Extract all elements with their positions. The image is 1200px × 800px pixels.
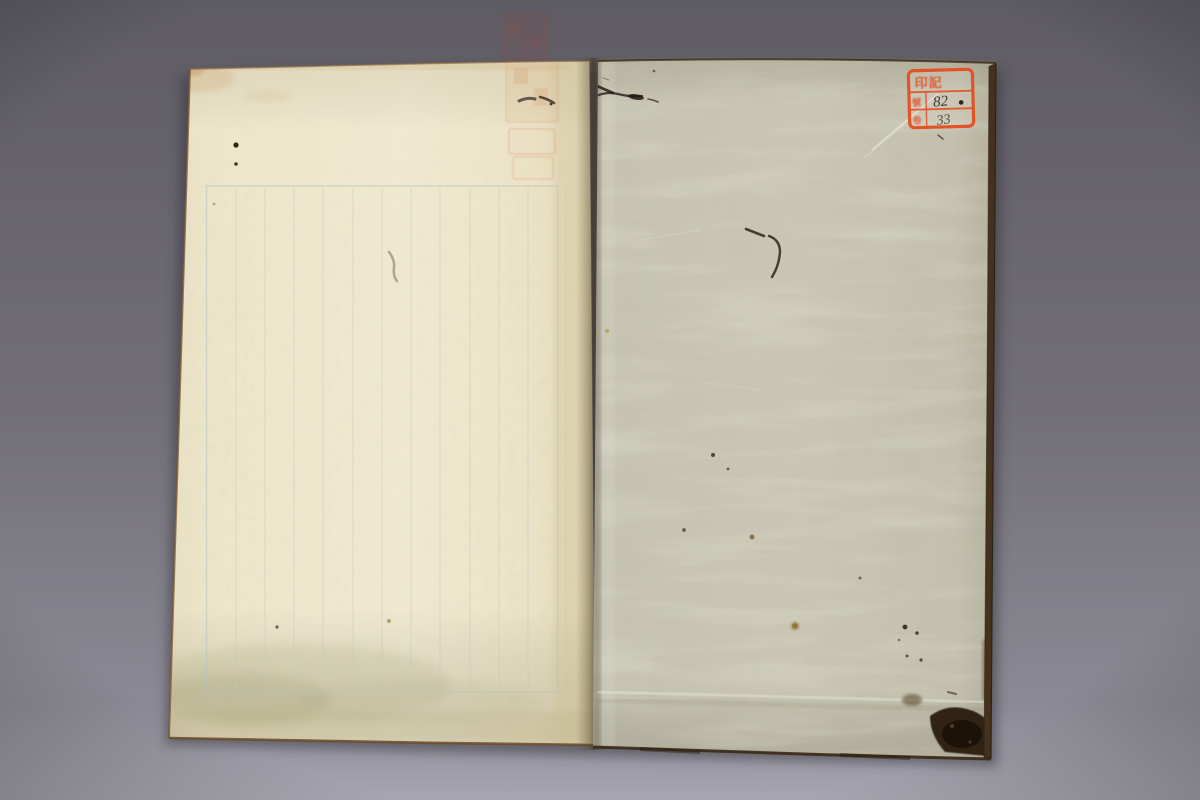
photo-vignette — [0, 0, 1200, 800]
book-photo-scene: 印記 號 82 卷 33 — [0, 0, 1200, 800]
photo-of-open-antique-book: 印記 號 82 卷 33 — [0, 0, 1200, 800]
